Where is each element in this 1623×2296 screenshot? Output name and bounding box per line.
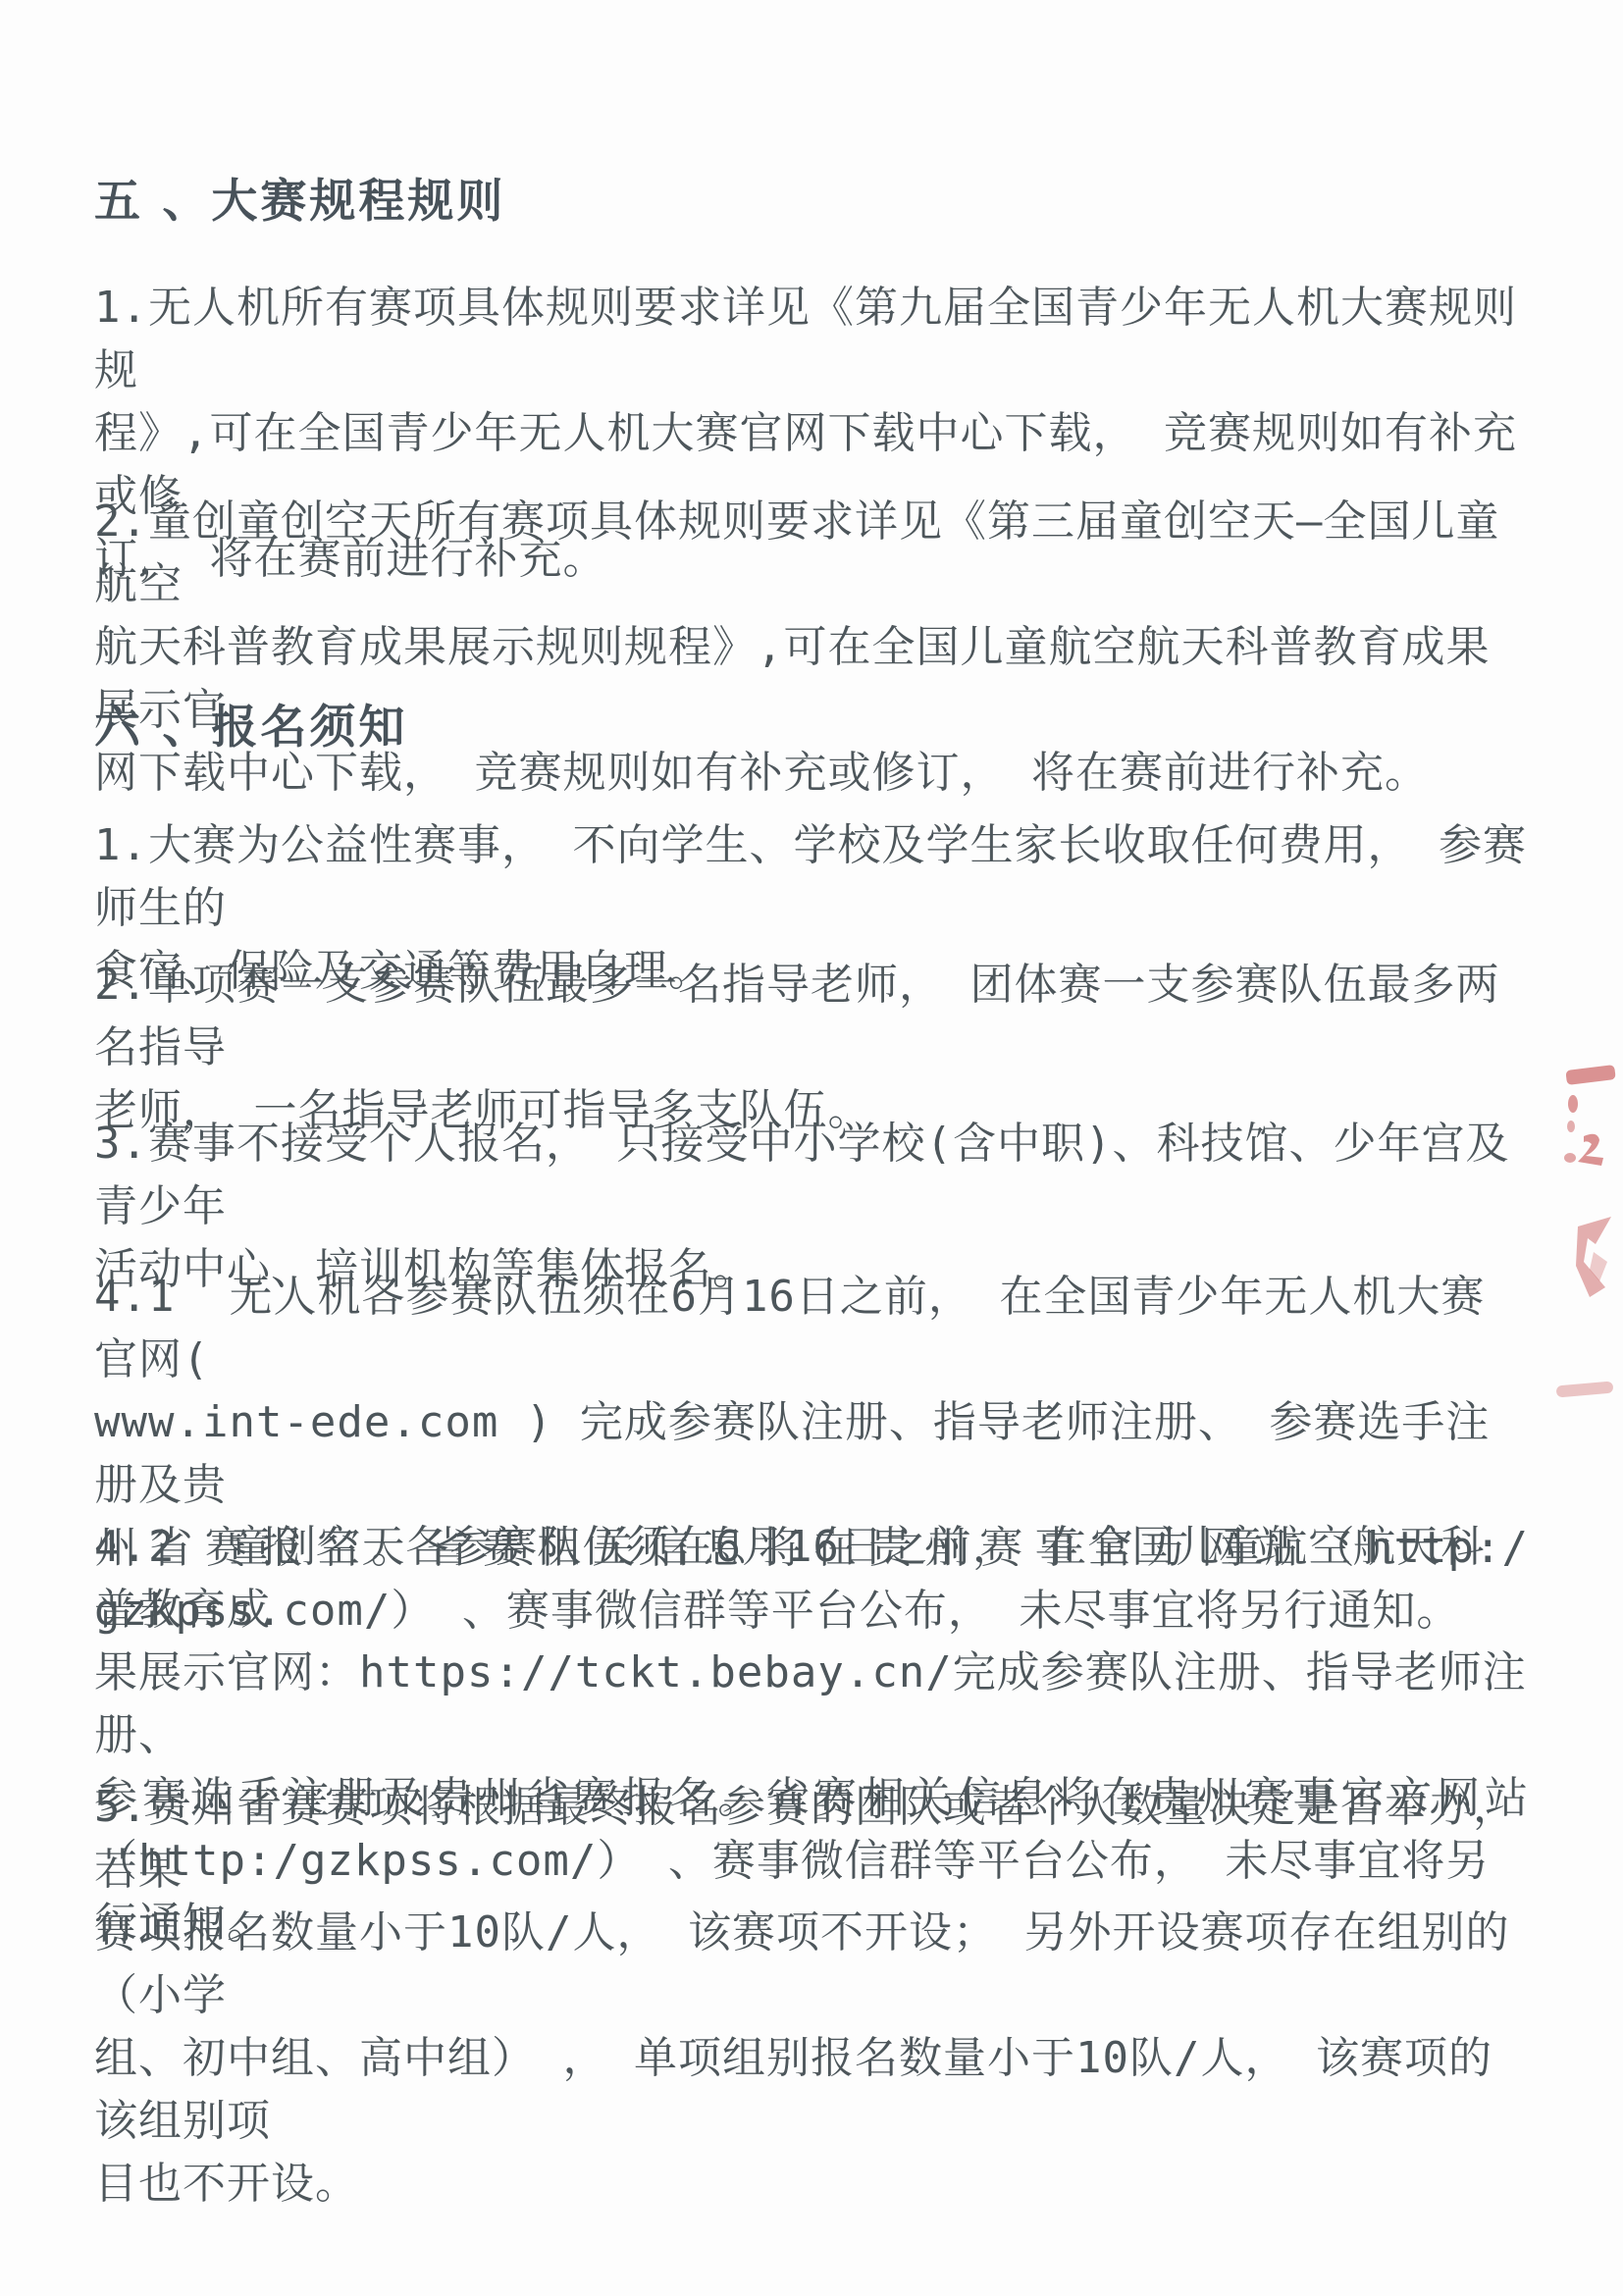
text-line: 目也不开设。 xyxy=(94,2153,1529,2216)
text-line: 3.赛事不接受个人报名， 只接受中小学校(含中职)、科技馆、少年宫及青少年 xyxy=(94,1113,1529,1238)
red-stamp-fragment xyxy=(1550,1060,1623,1413)
text-line: 2.单项赛一支参赛队伍最多一名指导老师， 团体赛一支参赛队伍最多两名指导 xyxy=(94,954,1529,1079)
text-line: 4.1 无人机各参赛队伍须在6月16日之前， 在全国青少年无人机大赛官网( xyxy=(94,1266,1529,1391)
text-line: 5.贵州省赛赛项将根据最终报名参赛的团队或者个人数量决定是否举办， 若某 xyxy=(94,1776,1529,1902)
text-line: 1.无人机所有赛项具体规则要求详见《第九届全国青少年无人机大赛规则规 xyxy=(94,277,1529,402)
section-heading-5: 五 、大赛规程规则 xyxy=(94,173,1529,232)
text-line: 组、初中组、高中组） ， 单项组别报名数量小于10队/人， 该赛项的该组别项 xyxy=(94,2027,1529,2153)
section-heading-6: 六 、报名须知 xyxy=(94,699,1529,757)
text-line: 赛项报名数量小于10队/人， 该赛项不开设； 另外开设赛项存在组别的（小学 xyxy=(94,1902,1529,2027)
paragraph-5-2: 2.童创童创空天所有赛项具体规则要求详见《第三届童创空天—全国儿童航空 航天科普… xyxy=(94,491,1529,805)
text-line: 4.2 童创空天各参赛队伍须在6月16日之前， 在全国儿童航空航天科普教育成 xyxy=(94,1516,1529,1642)
text-line: 1.大赛为公益性赛事， 不向学生、学校及学生家长收取任何费用， 参赛师生的 xyxy=(94,814,1529,940)
document-page: 五 、大赛规程规则 1.无人机所有赛项具体规则要求详见《第九届全国青少年无人机大… xyxy=(0,0,1623,2296)
text-line: www.int-ede.com ) 完成参赛队注册、指导老师注册、 参赛选手注册… xyxy=(94,1391,1529,1517)
text-line: 果展示官网：https://tckt.bebay.cn/完成参赛队注册、指导老师… xyxy=(94,1642,1529,1767)
paragraph-6-5: 5.贵州省赛赛项将根据最终报名参赛的团队或者个人数量决定是否举办， 若某 赛项报… xyxy=(94,1776,1529,2216)
text-line: 2.童创童创空天所有赛项具体规则要求详见《第三届童创空天—全国儿童航空 xyxy=(94,491,1529,616)
